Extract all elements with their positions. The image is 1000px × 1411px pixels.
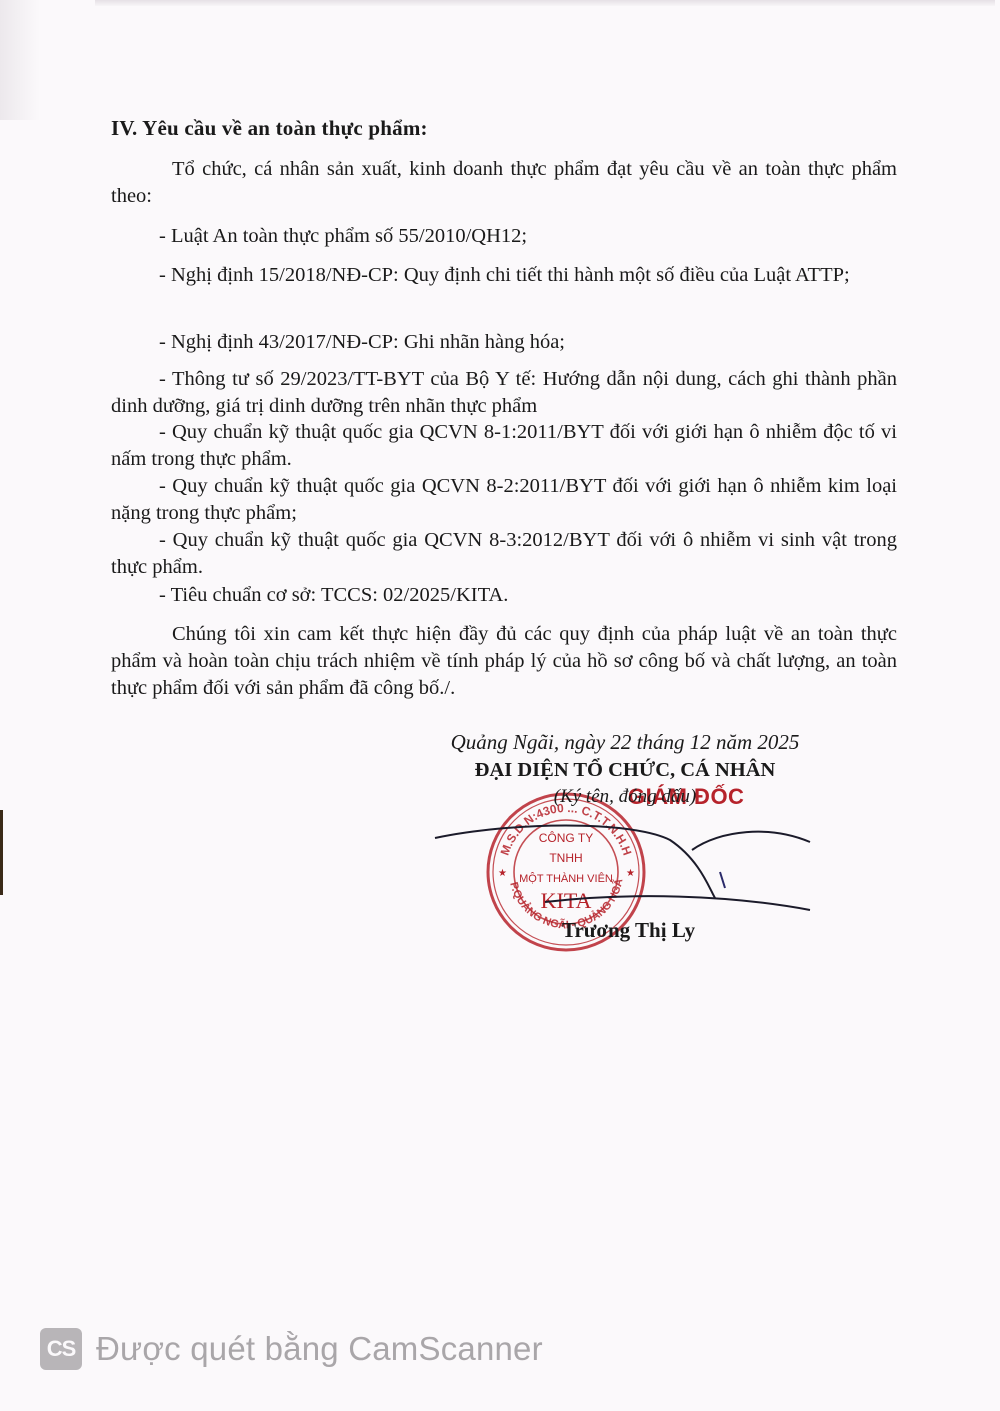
watermark-text: Được quét bằng CamScanner	[96, 1330, 543, 1368]
place-and-date: Quảng Ngãi, ngày 22 tháng 12 năm 2025	[400, 728, 850, 756]
requirement-item: - Luật An toàn thực phẩm số 55/2010/QH12…	[111, 223, 897, 250]
camscanner-watermark: CS Được quét bằng CamScanner	[40, 1328, 543, 1370]
requirement-item: - Nghị định 43/2017/NĐ-CP: Ghi nhãn hàng…	[111, 329, 897, 356]
scan-edge-left	[0, 0, 40, 120]
signature-block: Quảng Ngãi, ngày 22 tháng 12 năm 2025 ĐẠ…	[400, 728, 850, 810]
requirement-item: - Thông tư số 29/2023/TT-BYT của Bộ Y tế…	[111, 366, 897, 420]
requirement-item: - Quy chuẩn kỹ thuật quốc gia QCVN 8-3:2…	[111, 527, 897, 581]
requirement-item: - Quy chuẩn kỹ thuật quốc gia QCVN 8-2:2…	[111, 473, 897, 527]
camscanner-logo-icon: CS	[40, 1328, 82, 1370]
signatory-title: ĐẠI DIỆN TỔ CHỨC, CÁ NHÂN	[400, 756, 850, 784]
commitment-paragraph: Chúng tôi xin cam kết thực hiện đầy đủ c…	[111, 621, 897, 702]
scan-edge-top	[95, 0, 995, 6]
requirement-item: - Tiêu chuẩn cơ sở: TCCS: 02/2025/KITA.	[111, 582, 897, 609]
section-heading: IV. Yêu cầu về an toàn thực phẩm:	[111, 116, 428, 141]
signature-note: (Ký tên, đóng dấu)	[400, 784, 850, 810]
scan-binding-mark	[0, 810, 3, 895]
requirement-item: - Quy chuẩn kỹ thuật quốc gia QCVN 8-1:2…	[111, 419, 897, 473]
requirement-item: - Nghị định 15/2018/NĐ-CP: Quy định chi …	[111, 262, 897, 289]
intro-paragraph: Tổ chức, cá nhân sản xuất, kinh doanh th…	[111, 156, 897, 210]
signatory-name: Trương Thị Ly	[562, 918, 695, 943]
handwritten-signature-icon	[430, 820, 850, 920]
